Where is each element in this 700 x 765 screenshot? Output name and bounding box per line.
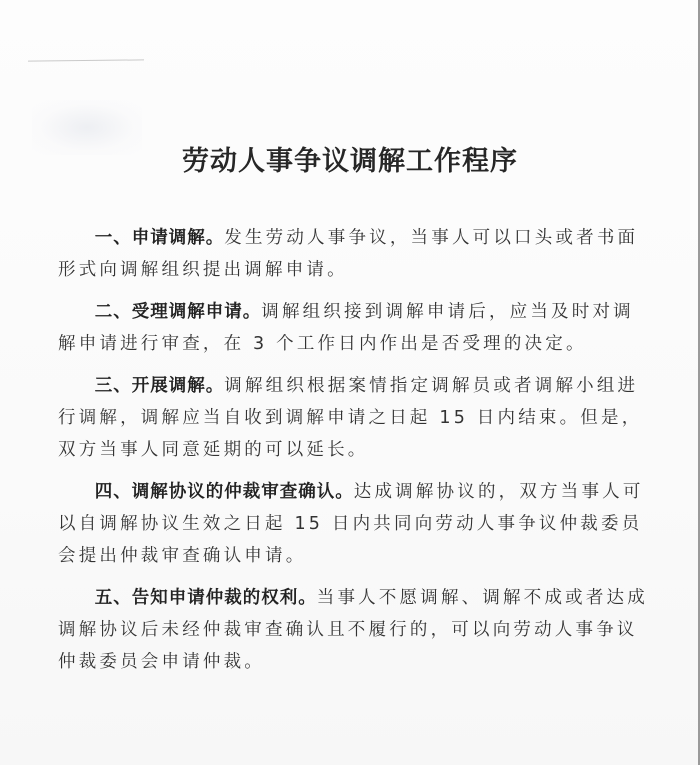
- document-title: 劳动人事争议调解工作程序: [0, 139, 700, 178]
- section-2: 二、受理调解申请。调解组织接到调解申请后，应当及时对调解申请进行审查，在 3 个…: [58, 296, 648, 360]
- document-body: 一、申请调解。发生劳动人事争议，当事人可以口头或者书面形式向调解组织提出调解申请…: [58, 222, 648, 688]
- section-heading: 一、申请调解。: [95, 228, 225, 248]
- section-4: 四、调解协议的仲裁审查确认。达成调解协议的，双方当事人可以自调解协议生效之日起 …: [58, 476, 648, 572]
- section-3: 三、开展调解。调解组织根据案情指定调解员或者调解小组进行调解，调解应当自收到调解…: [58, 370, 648, 466]
- section-5: 五、告知申请仲裁的权利。当事人不愿调解、调解不成或者达成调解协议后未经仲裁审查确…: [58, 582, 648, 678]
- section-heading: 四、调解协议的仲裁审查确认。: [95, 482, 354, 502]
- section-1: 一、申请调解。发生劳动人事争议，当事人可以口头或者书面形式向调解组织提出调解申请…: [58, 222, 648, 286]
- scan-artifact-line: [28, 59, 144, 61]
- scanned-document-page: 劳动人事争议调解工作程序 一、申请调解。发生劳动人事争议，当事人可以口头或者书面…: [0, 0, 700, 765]
- section-heading: 二、受理调解申请。: [95, 302, 262, 322]
- section-heading: 三、开展调解。: [95, 376, 225, 396]
- section-heading: 五、告知申请仲裁的权利。: [95, 588, 317, 608]
